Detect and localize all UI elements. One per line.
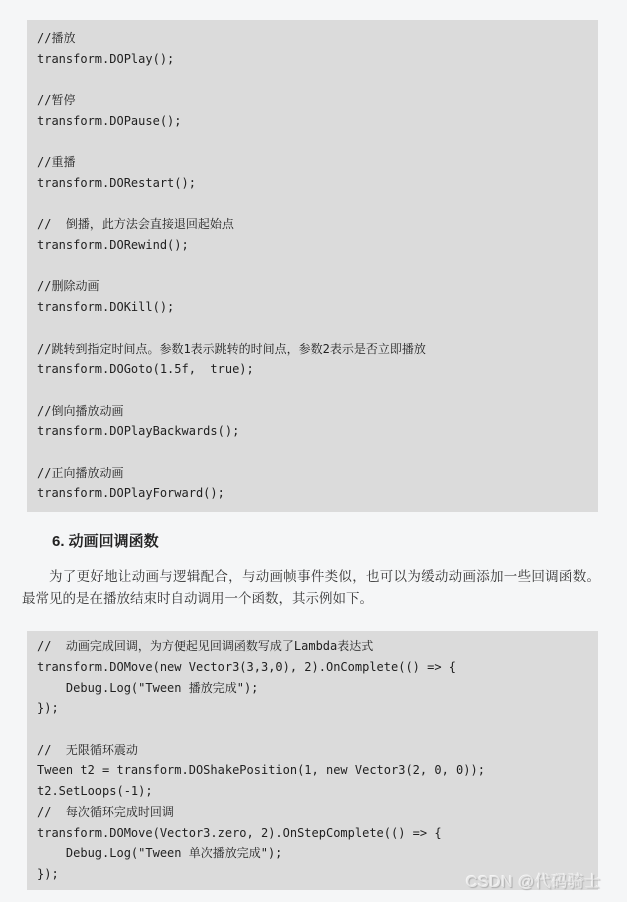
code-block-playback-methods: //播放 transform.DOPlay(); //暂停 transform.… [27,20,598,512]
section-heading: 6. 动画回调函数 [52,532,599,552]
code-block-callbacks: // 动画完成回调，为方便起见回调函数写成了Lambda表达式 transfor… [27,631,598,889]
article-page: //播放 transform.DOPlay(); //暂停 transform.… [0,0,627,902]
section-paragraph: 为了更好地让动画与逻辑配合，与动画帧事件类似，也可以为缓动动画添加一些回调函数。… [22,566,600,609]
